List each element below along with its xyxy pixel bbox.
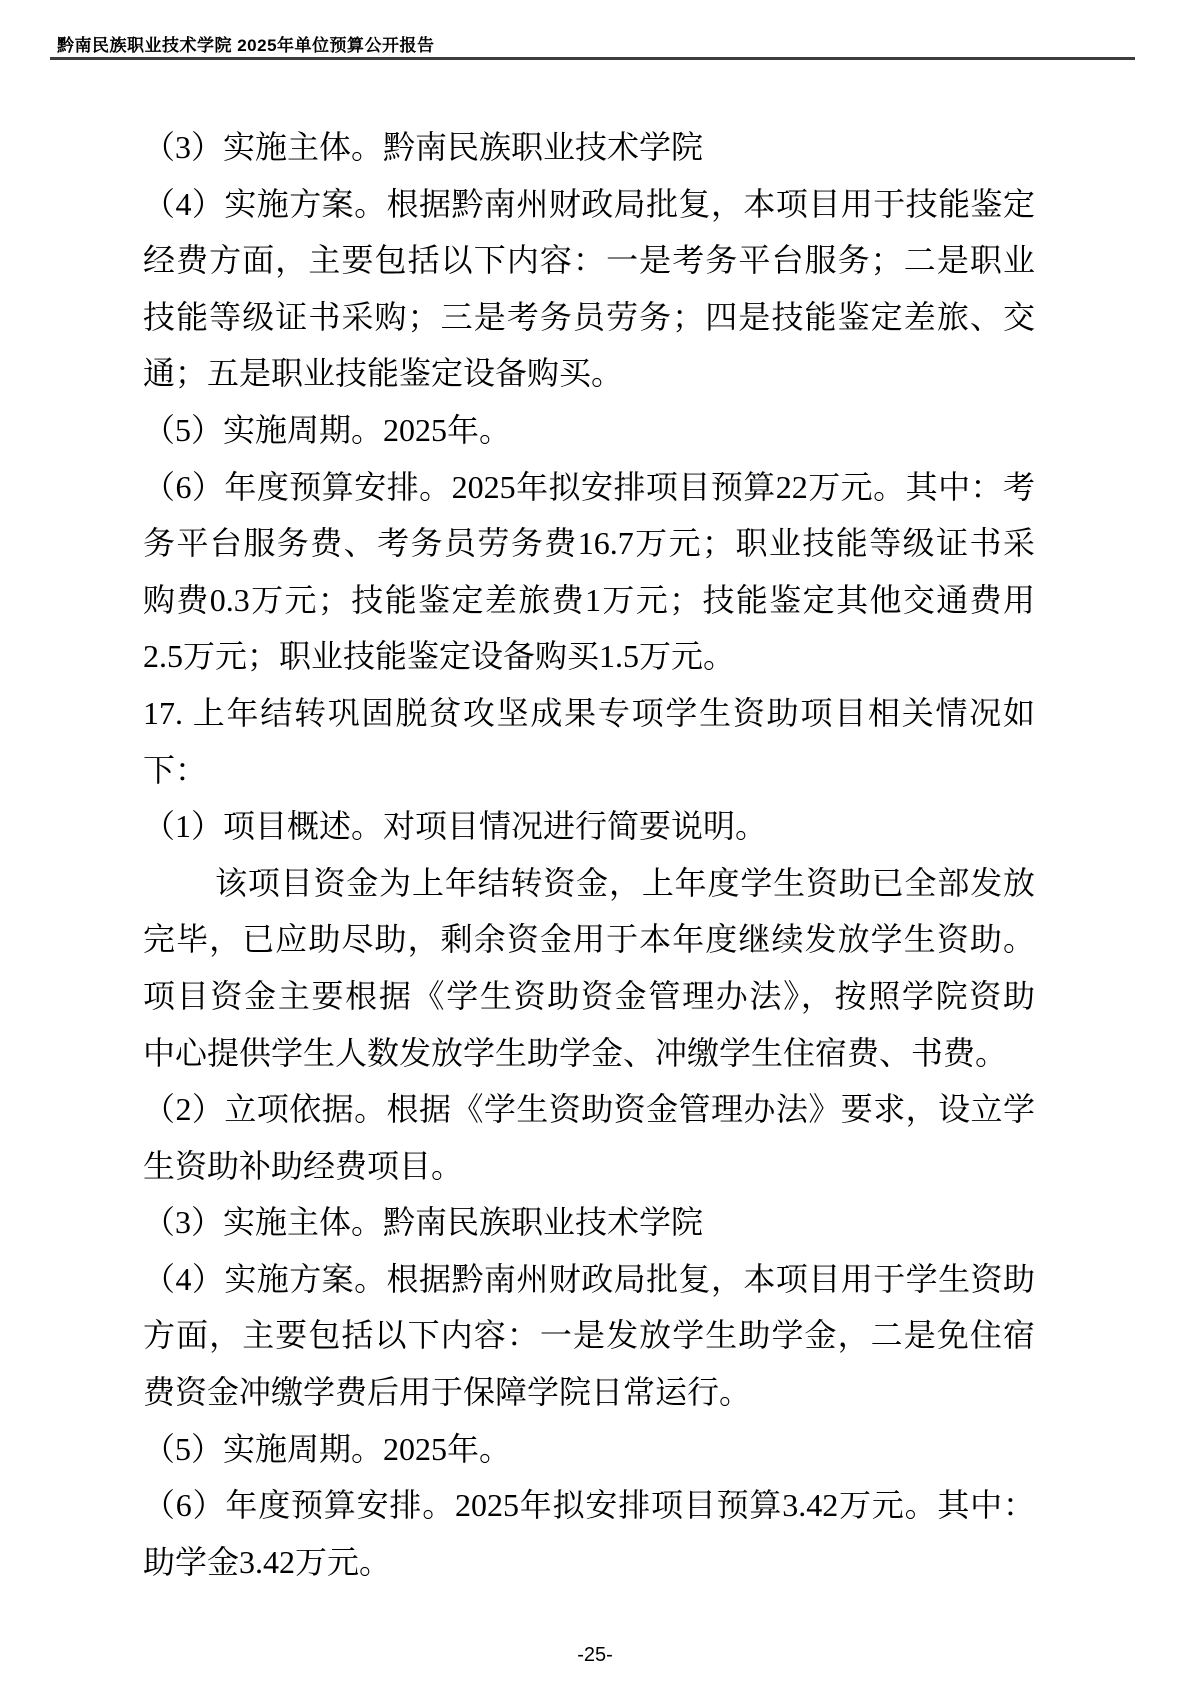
text-line: （3）实施主体。黔南民族职业技术学院	[143, 1194, 1035, 1251]
text-line: 该项目资金为上年结转资金，上年度学生资助已全部发放	[143, 855, 1035, 912]
text-line: （5）实施周期。2025年。	[143, 402, 1035, 459]
text-line: 2.5万元；职业技能鉴定设备购买1.5万元。	[143, 628, 1035, 685]
text-line: 完毕，已应助尽助，剩余资金用于本年度继续发放学生资助。	[143, 911, 1035, 968]
text-line: （3）实施主体。黔南民族职业技术学院	[143, 119, 1035, 176]
text-line: 生资助补助经费项目。	[143, 1138, 1035, 1195]
text-line: 项目资金主要根据《学生资助资金管理办法》，按照学院资助	[143, 968, 1035, 1025]
header-divider	[50, 57, 1135, 60]
text-line: 方面，主要包括以下内容：一是发放学生助学金，二是免住宿	[143, 1307, 1035, 1364]
text-line: （1）项目概述。对项目情况进行简要说明。	[143, 798, 1035, 855]
text-line: 中心提供学生人数发放学生助学金、冲缴学生住宿费、书费。	[143, 1025, 1035, 1082]
text-line: 下：	[143, 742, 1035, 799]
document-page: 黔南民族职业技术学院 2025年单位预算公开报告 （3）实施主体。黔南民族职业技…	[0, 0, 1190, 1684]
text-line: （4）实施方案。根据黔南州财政局批复，本项目用于学生资助	[143, 1251, 1035, 1308]
text-line: （5）实施周期。2025年。	[143, 1421, 1035, 1478]
document-body: （3）实施主体。黔南民族职业技术学院（4）实施方案。根据黔南州财政局批复，本项目…	[143, 119, 1035, 1590]
text-line: 费资金冲缴学费后用于保障学院日常运行。	[143, 1364, 1035, 1421]
text-line: 17. 上年结转巩固脱贫攻坚成果专项学生资助项目相关情况如	[143, 685, 1035, 742]
text-line: 购费0.3万元；技能鉴定差旅费1万元；技能鉴定其他交通费用	[143, 572, 1035, 629]
text-line: （4）实施方案。根据黔南州财政局批复，本项目用于技能鉴定	[143, 176, 1035, 233]
text-line: 通；五是职业技能鉴定设备购买。	[143, 345, 1035, 402]
report-title: 黔南民族职业技术学院 2025年单位预算公开报告	[57, 31, 435, 56]
text-line: （6）年度预算安排。2025年拟安排项目预算22万元。其中：考	[143, 459, 1035, 516]
text-line: 务平台服务费、考务员劳务费16.7万元；职业技能等级证书采	[143, 515, 1035, 572]
text-line: （2）立项依据。根据《学生资助资金管理办法》要求，设立学	[143, 1081, 1035, 1138]
page-number: -25-	[0, 1644, 1190, 1667]
text-line: （6）年度预算安排。2025年拟安排项目预算3.42万元。其中：	[143, 1477, 1035, 1534]
text-line: 经费方面，主要包括以下内容：一是考务平台服务；二是职业	[143, 232, 1035, 289]
text-line: 助学金3.42万元。	[143, 1534, 1035, 1591]
text-line: 技能等级证书采购；三是考务员劳务；四是技能鉴定差旅、交	[143, 289, 1035, 346]
